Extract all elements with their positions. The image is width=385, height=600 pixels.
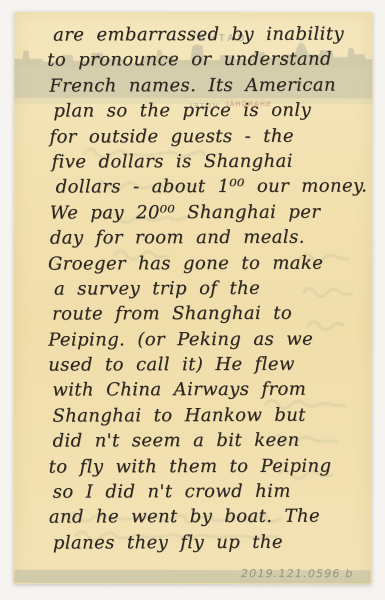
handwriting-line: We pay 20⁰⁰ Shanghai per (50, 199, 368, 226)
handwriting-line: and he went by boat. The (49, 504, 369, 531)
catalog-number: 2019.121.0596 b (241, 567, 353, 580)
handwriting-line: used to call it) He flew (48, 352, 368, 379)
handwriting-line: day for room and meals. (50, 225, 368, 252)
letter-body: are embarrassed by inability to pronounc… (47, 21, 369, 555)
handwriting-line: Peiping. (or Peking as we (48, 326, 368, 353)
handwriting-line: so I did n't crowd him (53, 478, 369, 504)
handwriting-line: to pronounce or understand (47, 47, 367, 74)
handwriting-line: Shanghai to Hankow but (52, 402, 368, 428)
handwriting-line: route from Shanghai to (52, 301, 368, 327)
handwriting-line: French names. Its American (49, 72, 367, 99)
handwriting-line: to fly with them to Peiping (49, 453, 369, 480)
handwriting-line: five dollars is Shanghai (52, 148, 368, 174)
handwriting-line: for outside guests - the (49, 123, 367, 150)
letter-page: CATHAY HOTEL SHANGHAI are embarrassed by… (14, 12, 373, 585)
handwriting-line: with China Airways from (52, 377, 368, 403)
handwriting-line: planes they fly up the (53, 529, 369, 555)
handwriting-line: a survey trip of the (54, 275, 368, 301)
scan-background: CATHAY HOTEL SHANGHAI are embarrassed by… (0, 0, 385, 600)
handwriting-line: plan so the price is only (53, 98, 367, 124)
handwriting-line: dollars - about 1⁰⁰ our money. (56, 174, 368, 200)
handwriting-line: are embarrassed by inability (53, 21, 367, 47)
handwriting-line: Groeger has gone to make (48, 250, 368, 277)
handwriting-line: did n't seem a bit keen (53, 428, 369, 454)
